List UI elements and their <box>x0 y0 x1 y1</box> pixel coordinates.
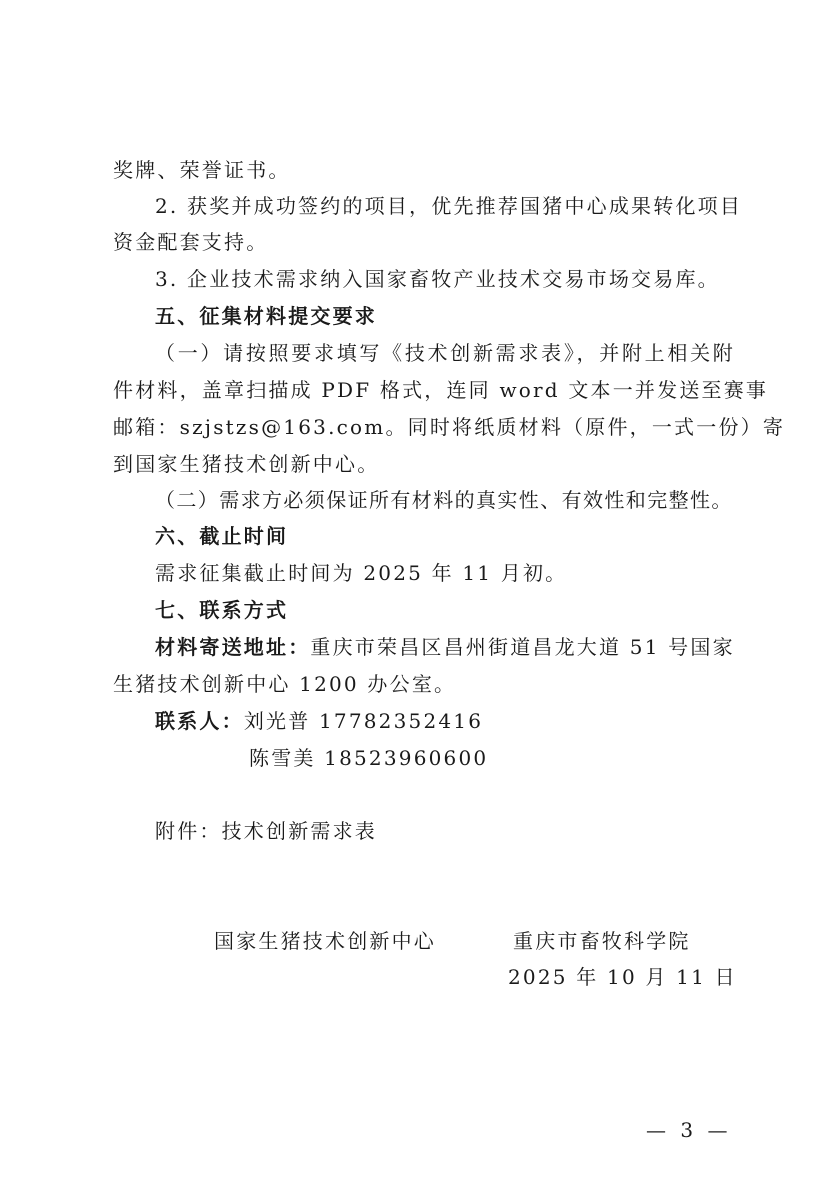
text-line: 到国家生猪技术创新中心。 <box>113 451 379 477</box>
text-line: 3. 企业技术需求纳入国家畜牧产业技术交易市场交易库。 <box>155 266 720 292</box>
text-line: 奖牌、荣誉证书。 <box>113 157 291 183</box>
contact-2: 陈雪美 18523960600 <box>249 745 488 771</box>
contact-label: 联系人： <box>155 709 244 733</box>
signature-date: 2025 年 10 月 11 日 <box>508 964 737 990</box>
text-line: 生猪技术创新中心 1200 办公室。 <box>113 671 456 697</box>
section-heading: 六、截止时间 <box>155 523 288 549</box>
text-line: 资金配套支持。 <box>113 229 268 255</box>
contact-line: 联系人：刘光普 17782352416 <box>155 708 483 734</box>
text-line: 需求征集截止时间为 2025 年 11 月初。 <box>155 560 567 586</box>
signature-org-1: 国家生猪技术创新中心 <box>214 928 436 954</box>
address-value: 重庆市荣昌区昌州街道昌龙大道 51 号国家 <box>310 635 734 659</box>
address-line: 材料寄送地址：重庆市荣昌区昌州街道昌龙大道 51 号国家 <box>155 634 735 660</box>
section-heading: 五、征集材料提交要求 <box>155 303 377 329</box>
attachment-note: 附件：技术创新需求表 <box>155 818 377 844</box>
text-line: 件材料，盖章扫描成 PDF 格式，连同 word 文本一并发送至赛事 <box>113 377 735 403</box>
section-heading: 七、联系方式 <box>155 597 288 623</box>
text-line: （一）请按照要求填写《技术创新需求表》，并附上相关附 <box>155 340 735 366</box>
page-number: — 3 — <box>646 1117 731 1143</box>
text-line: 邮箱：szjstzs@163.com。同时将纸质材料（原件，一式一份）寄 <box>113 414 735 440</box>
address-label: 材料寄送地址： <box>155 635 310 659</box>
signature-org-2: 重庆市畜牧科学院 <box>513 928 691 954</box>
contact-1: 刘光普 17782352416 <box>244 709 483 733</box>
text-line: 2. 获奖并成功签约的项目，优先推荐国猪中心成果转化项目 <box>155 193 735 219</box>
text-line: （二）需求方必须保证所有材料的真实性、有效性和完整性。 <box>155 487 733 513</box>
